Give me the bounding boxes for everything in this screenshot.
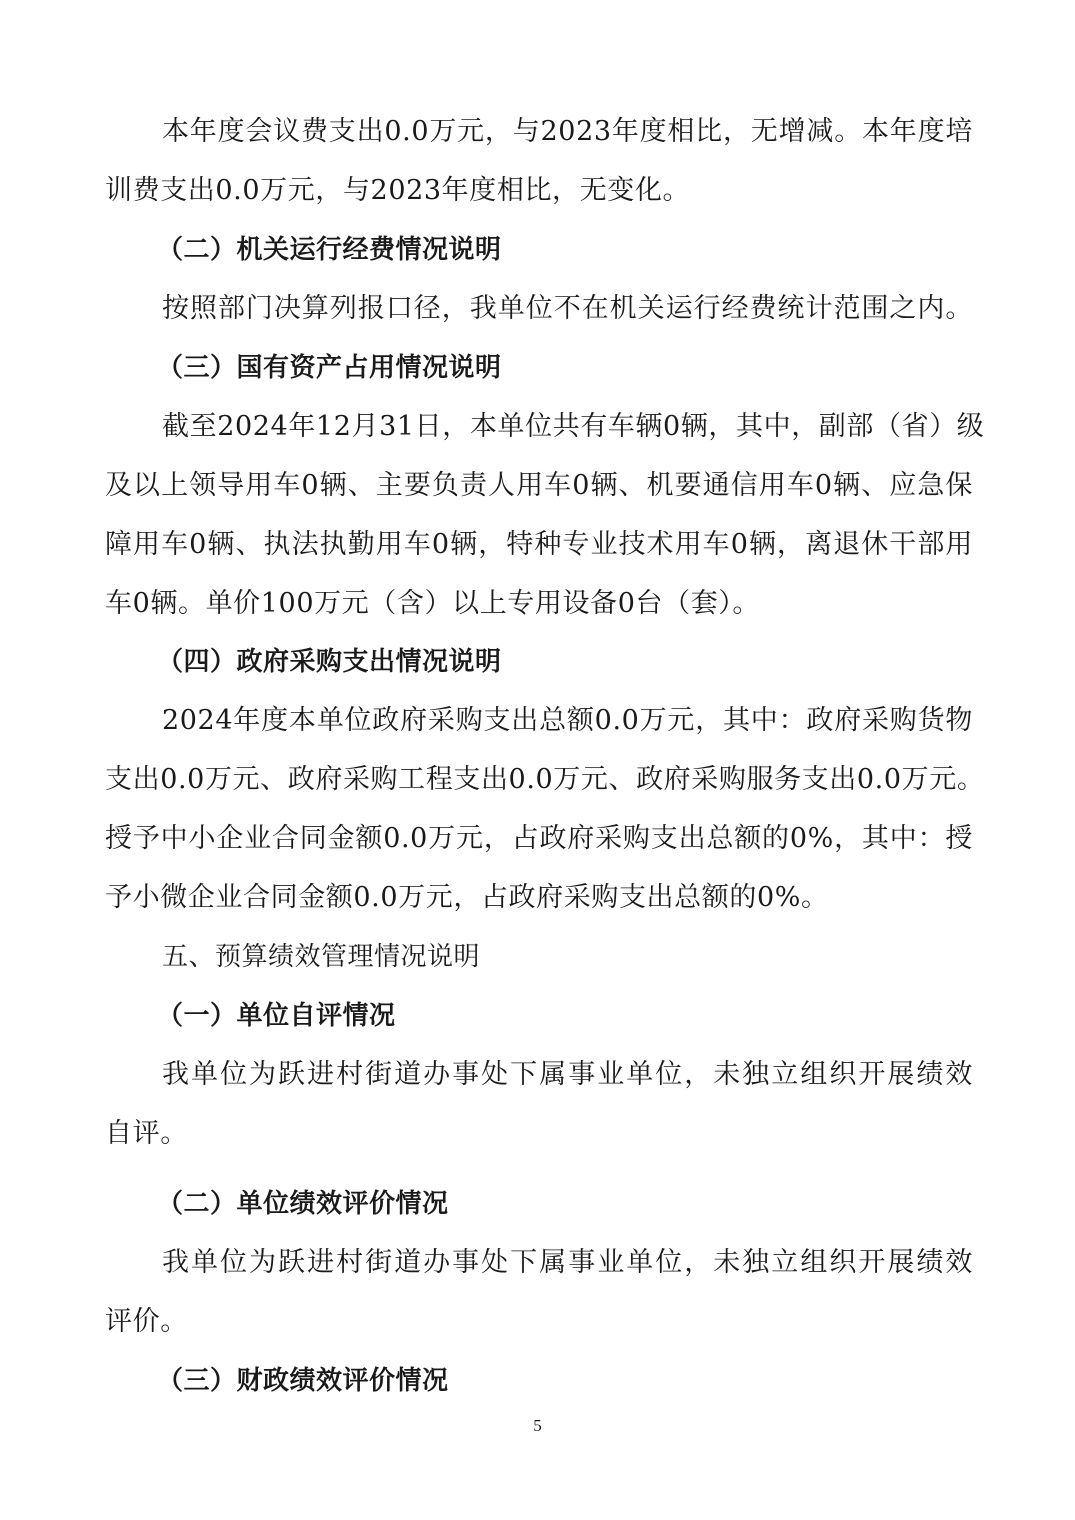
section-heading: （一）单位自评情况 — [157, 999, 1025, 1033]
paragraph-line: 按照部门决算列报口径，我单位不在机关运行经费统计范围之内。 — [162, 292, 973, 326]
section-heading: （二）单位绩效评价情况 — [157, 1187, 1025, 1221]
section-heading: （三）财政绩效评价情况 — [157, 1364, 1025, 1398]
section-heading: （四）政府采购支出情况说明 — [157, 645, 1025, 679]
paragraph-line: 我单位为跃进村街道办事处下属事业单位，未独立组织开展绩效 — [162, 1246, 973, 1280]
paragraph-line: 障用车0辆、执法执勤用车0辆，特种专业技术用车0辆，离退休干部用 — [105, 528, 973, 562]
paragraph-line: 予小微企业合同金额0.0万元，占政府采购支出总额的0%。 — [105, 881, 973, 915]
chapter-heading: 五、预算绩效管理情况说明 — [162, 940, 1030, 974]
paragraph-line: 截至2024年12月31日，本单位共有车辆0辆，其中，副部（省）级 — [162, 410, 973, 444]
paragraph-line: 训费支出0.0万元，与2023年度相比，无变化。 — [105, 174, 973, 208]
paragraph-line: 及以上领导用车0辆、主要负责人用车0辆、机要通信用车0辆、应急保 — [105, 469, 973, 503]
paragraph-line: 授予中小企业合同金额0.0万元，占政府采购支出总额的0%，其中：授 — [105, 822, 973, 856]
paragraph-line: 车0辆。单价100万元（含）以上专用设备0台（套）。 — [105, 587, 973, 621]
section-heading: （三）国有资产占用情况说明 — [157, 351, 1025, 385]
paragraph-line: 自评。 — [105, 1117, 973, 1151]
paragraph-line: 评价。 — [105, 1305, 973, 1339]
paragraph-line: 支出0.0万元、政府采购工程支出0.0万元、政府采购服务支出0.0万元。 — [105, 763, 973, 797]
paragraph-line: 2024年度本单位政府采购支出总额0.0万元，其中：政府采购货物 — [162, 704, 973, 738]
page-number: 5 — [0, 1416, 1075, 1436]
paragraph-line: 我单位为跃进村街道办事处下属事业单位，未独立组织开展绩效 — [162, 1058, 973, 1092]
section-heading: （二）机关运行经费情况说明 — [157, 233, 1025, 267]
paragraph-line: 本年度会议费支出0.0万元，与2023年度相比，无增减。本年度培 — [162, 115, 973, 149]
